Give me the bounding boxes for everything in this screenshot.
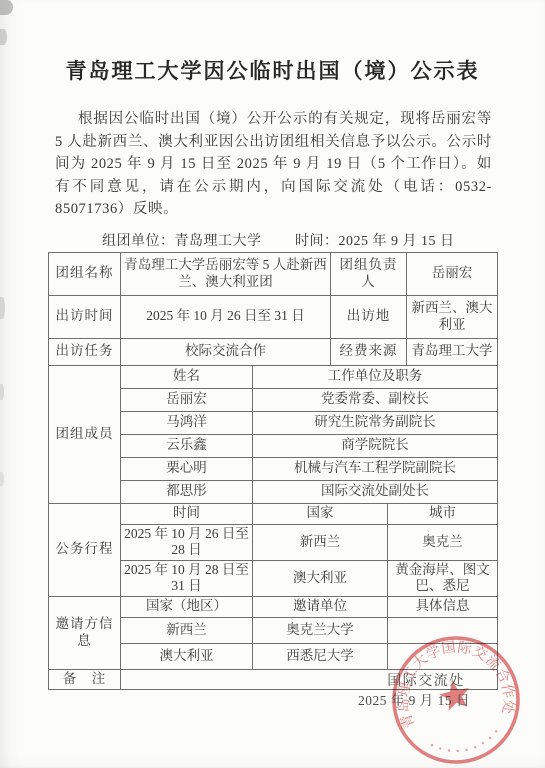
scan-smudge-artifact <box>0 472 4 486</box>
scanned-document-page: 青岛理工大学因公临时出国（境）公示表 根据因公临时出国（境）公开公示的有关规定，… <box>0 0 545 768</box>
inviters-section-label: 邀请方信息 <box>49 597 121 669</box>
group-leader-label: 团组负责人 <box>331 253 407 295</box>
itinerary-section-label: 公务行程 <box>49 504 121 596</box>
itinerary-city: 奥克兰 <box>388 525 497 560</box>
itinerary-row: 2025 年 10 月 28 日至 31 日 澳大利亚 黄金海岸、图文巴、悉尼 <box>121 561 497 596</box>
member-row: 云乐鑫 商学院院长 <box>121 435 497 458</box>
visit-task-label: 出访任务 <box>49 339 121 365</box>
publish-date-label: 时间：2025 年 9 月 15 日 <box>295 230 455 250</box>
members-header-row: 姓名 工作单位及职务 <box>121 366 497 389</box>
itinerary-country-header: 国家 <box>253 504 388 524</box>
destination-value: 新西兰、澳大利亚 <box>407 296 497 338</box>
organizer-label: 组团单位：青岛理工大学 <box>102 230 262 250</box>
member-name: 都思彤 <box>121 481 253 503</box>
member-name: 马鸿洋 <box>121 412 253 434</box>
itinerary-time-header: 时间 <box>121 504 253 524</box>
member-title: 商学院院长 <box>253 435 497 457</box>
inviter-info-header: 具体信息 <box>388 597 497 617</box>
destination-label: 出访地 <box>331 296 407 338</box>
itinerary-row: 2025 年 10 月 26 日至 28 日 新西兰 奥克兰 <box>121 525 497 561</box>
member-title: 党委常委、副校长 <box>253 389 497 411</box>
itinerary-city-header: 城市 <box>388 504 497 524</box>
members-subtable: 姓名 工作单位及职务 岳丽宏 党委常委、副校长 马鸿洋 研究生院常务副院长 云乐… <box>121 366 497 503</box>
scan-smudge-artifact <box>0 29 7 45</box>
signature-department: 国际交流处 <box>376 670 476 690</box>
table-section-itinerary: 公务行程 时间 国家 城市 2025 年 10 月 26 日至 28 日 新西兰… <box>49 504 497 597</box>
signature-date: 2025 年 9 月 15 日 <box>348 689 480 709</box>
member-name-header: 姓名 <box>121 366 253 388</box>
fund-source-label: 经费来源 <box>331 339 407 365</box>
fund-source-value: 青岛理工大学 <box>407 339 497 365</box>
table-row-group-name: 团组名称 青岛理工大学岳丽宏等 5 人赴新西兰、澳大利亚团 团组负责人 岳丽宏 <box>49 253 497 296</box>
group-name-value: 青岛理工大学岳丽宏等 5 人赴新西兰、澳大利亚团 <box>121 253 331 295</box>
itinerary-country: 澳大利亚 <box>253 561 388 596</box>
member-title: 研究生院常务副院长 <box>253 412 497 434</box>
inviter-org: 西悉尼大学 <box>253 644 388 669</box>
member-title: 机械与汽车工程学院副院长 <box>253 458 497 480</box>
table-row-visit-time: 出访时间 2025 年 10 月 26 日至 31 日 出访地 新西兰、澳大利亚 <box>49 296 497 339</box>
member-row: 栗心明 机械与汽车工程学院副院长 <box>121 458 497 481</box>
member-name: 栗心明 <box>121 458 253 480</box>
itinerary-city: 黄金海岸、图文巴、悉尼 <box>388 561 497 596</box>
inviter-org-header: 邀请单位 <box>253 597 388 617</box>
group-name-label: 团组名称 <box>49 253 121 295</box>
itinerary-header-row: 时间 国家 城市 <box>121 504 497 525</box>
inviters-header-row: 国家（地区） 邀请单位 具体信息 <box>121 597 497 618</box>
table-row-visit-task: 出访任务 校际交流合作 经费来源 青岛理工大学 <box>49 339 497 366</box>
inviter-country: 新西兰 <box>121 618 253 643</box>
itinerary-subtable: 时间 国家 城市 2025 年 10 月 26 日至 28 日 新西兰 奥克兰 … <box>121 504 497 596</box>
intro-paragraph: 根据因公临时出国（境）公开公示的有关规定，现将岳丽宏等 5 人赴新西兰、澳大利亚… <box>55 108 492 221</box>
remark-label: 备 注 <box>49 670 121 689</box>
scan-smudge-artifact <box>0 384 4 400</box>
delegation-info-table: 团组名称 青岛理工大学岳丽宏等 5 人赴新西兰、澳大利亚团 团组负责人 岳丽宏 … <box>48 252 498 690</box>
meta-row: 组团单位：青岛理工大学 时间：2025 年 9 月 15 日 <box>48 230 497 248</box>
visit-time-label: 出访时间 <box>49 296 121 338</box>
itinerary-time: 2025 年 10 月 26 日至 28 日 <box>121 525 253 560</box>
member-row: 岳丽宏 党委常委、副校长 <box>121 389 497 412</box>
members-section-label: 团组成员 <box>49 366 121 503</box>
member-name: 云乐鑫 <box>121 435 253 457</box>
page-title: 青岛理工大学因公临时出国（境）公示表 <box>0 0 545 86</box>
member-name: 岳丽宏 <box>121 389 253 411</box>
visit-time-value: 2025 年 10 月 26 日至 31 日 <box>121 296 331 338</box>
inviter-country: 澳大利亚 <box>121 644 253 669</box>
visit-task-value: 校际交流合作 <box>121 339 331 365</box>
member-title: 国际交流处副处长 <box>253 481 497 503</box>
itinerary-country: 新西兰 <box>253 525 388 560</box>
inviter-org: 奥克兰大学 <box>253 618 388 643</box>
table-section-members: 团组成员 姓名 工作单位及职务 岳丽宏 党委常委、副校长 马鸿洋 研究生院常务副… <box>49 366 497 504</box>
member-row: 马鸿洋 研究生院常务副院长 <box>121 412 497 435</box>
inviter-country-header: 国家（地区） <box>121 597 253 617</box>
group-leader-value: 岳丽宏 <box>407 253 497 295</box>
member-row: 都思彤 国际交流处副处长 <box>121 481 497 503</box>
member-title-header: 工作单位及职务 <box>253 366 497 388</box>
itinerary-time: 2025 年 10 月 28 日至 31 日 <box>121 561 253 596</box>
scan-smudge-artifact <box>0 297 5 319</box>
